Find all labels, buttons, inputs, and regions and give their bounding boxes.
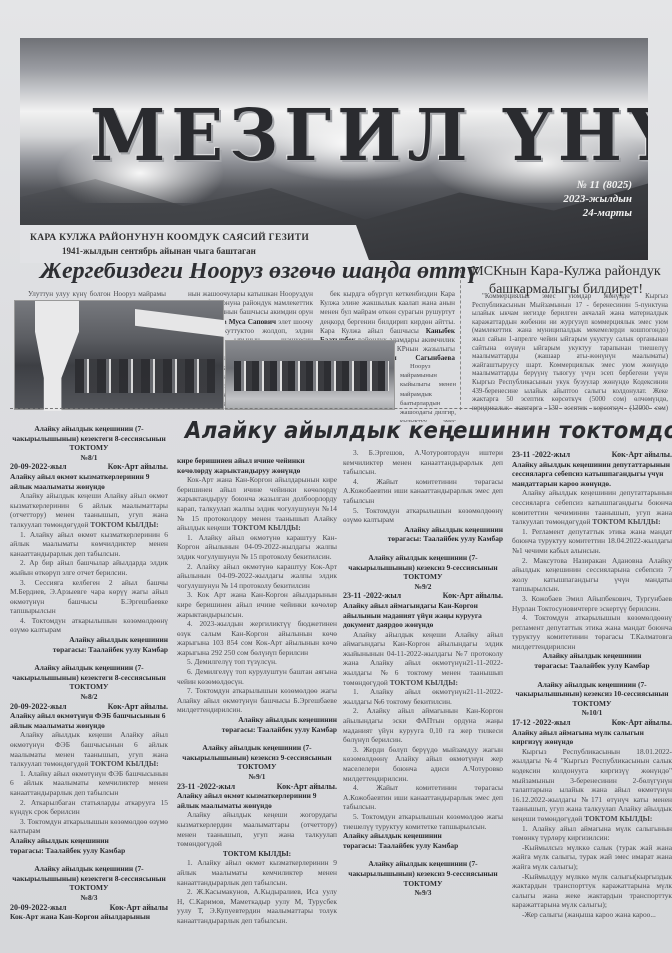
- ornament-banner: [135, 309, 225, 337]
- seated-guests: [75, 359, 215, 393]
- issue-date: 24-марты: [522, 206, 632, 220]
- resolutions-column-2: кире беришинен айыл ичине чейинки көчөлө…: [177, 456, 337, 926]
- nooruz-crowd-photo: [225, 340, 395, 410]
- newspaper-title: МЕЗГИЛ ҮНҮ: [90, 94, 610, 178]
- resolutions-column-4: 23-11 -2022-жылКок-Арт айылы. Алайку айы…: [512, 450, 672, 920]
- resolutions-column-1: Алайку айылдык кеңешинин (7-чакырылышыны…: [10, 424, 168, 922]
- announcement-text: "Коммерциялык эмес уюмдар жөнүндө" Кыргы…: [472, 293, 668, 413]
- issue-number: № 11 (8025): [522, 178, 632, 192]
- nooruz-stage-photo: [14, 300, 224, 410]
- standing-crowd: [234, 361, 389, 391]
- ornament-banner: [35, 301, 79, 411]
- feature-text-col3-cont: Нооруз майрамынын кыйылыгы менен майрамд…: [400, 362, 456, 422]
- masthead-subtitle-block: КАРА КУЛЖА РАЙОНУНУН КООМДУК САЯСИЙ ГЕЗИ…: [20, 225, 370, 263]
- issue-info: № 11 (8025) 2023-жылдын 24-марты: [522, 178, 632, 220]
- masthead-founded: 1941-жылдын сентябрь айынан чыга баштага…: [62, 246, 256, 256]
- issue-year: 2023-жылдын: [522, 192, 632, 206]
- resolutions-section-title: Алайку айылдык кеңешинин токтомдору: [185, 418, 627, 444]
- newspaper-page: МЕЗГИЛ ҮНҮ № 11 (8025) 2023-жылдын 24-ма…: [0, 0, 672, 953]
- resolutions-column-3: 3. Б.Эргешов, А.Чотуровтордун иштери кем…: [343, 448, 503, 898]
- section-divider: [10, 408, 662, 411]
- masthead-subtitle: КАРА КУЛЖА РАЙОНУНУН КООМДУК САЯСИЙ ГЕЗИ…: [30, 233, 309, 243]
